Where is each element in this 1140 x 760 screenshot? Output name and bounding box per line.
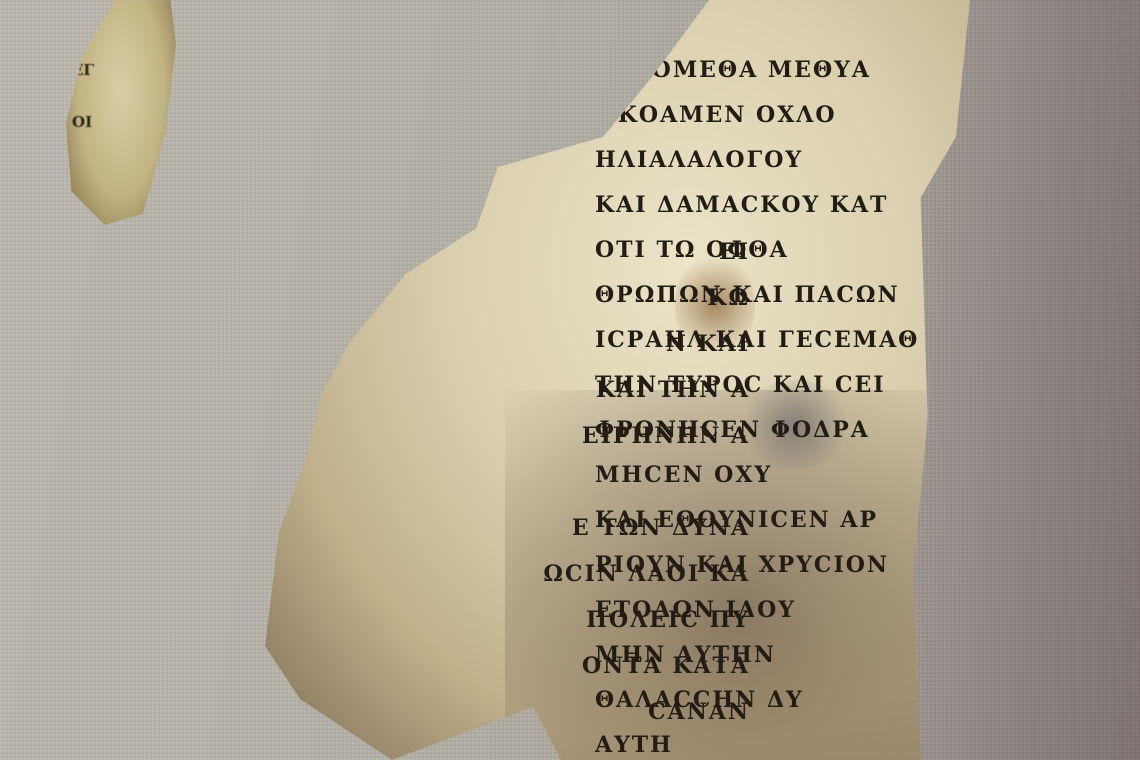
text-line: ΚΑΙ ΤΗΝ Α xyxy=(543,368,750,414)
text-line xyxy=(543,460,750,506)
text-line: ΕΙ xyxy=(543,230,750,276)
text-line: ΗΛΙΑΛΑΛΟΓΟΥ xyxy=(595,138,919,183)
text-line: Ε ΤΩΝ ΔΥΝΑ xyxy=(543,506,750,552)
text-line: ΕΙΡΗΝΗΝ Α xyxy=(543,414,750,460)
text-line: ΟΝΤΑ ΚΑΤΑ xyxy=(543,644,750,690)
text-line: ΠΟΛΕΙC ΠΥ xyxy=(543,598,750,644)
text-line: ΩCΙΝ ΛΑΟΙ ΚΑ xyxy=(543,552,750,598)
text-line: ΟΙ xyxy=(72,96,94,148)
text-line: ΚΩ xyxy=(543,276,750,322)
left-text-column: ΕΙ ΚΩ Ν ΚΑΙ ΚΑΙ ΤΗΝ Α ΕΙΡΗΝΗΝ Α Ε ΤΩΝ ΔΥ… xyxy=(543,230,750,736)
text-line: ΚΑΙ ΔΑΜΑCΚΟΥ ΚΑΤ xyxy=(595,183,919,228)
text-line: Ν ΚΑΙ xyxy=(543,322,750,368)
text-line: CΑΝΑΝ xyxy=(543,690,750,736)
text-line: ΗΚΟΑΜΕΝ ΟΧΛΟ xyxy=(595,93,919,138)
